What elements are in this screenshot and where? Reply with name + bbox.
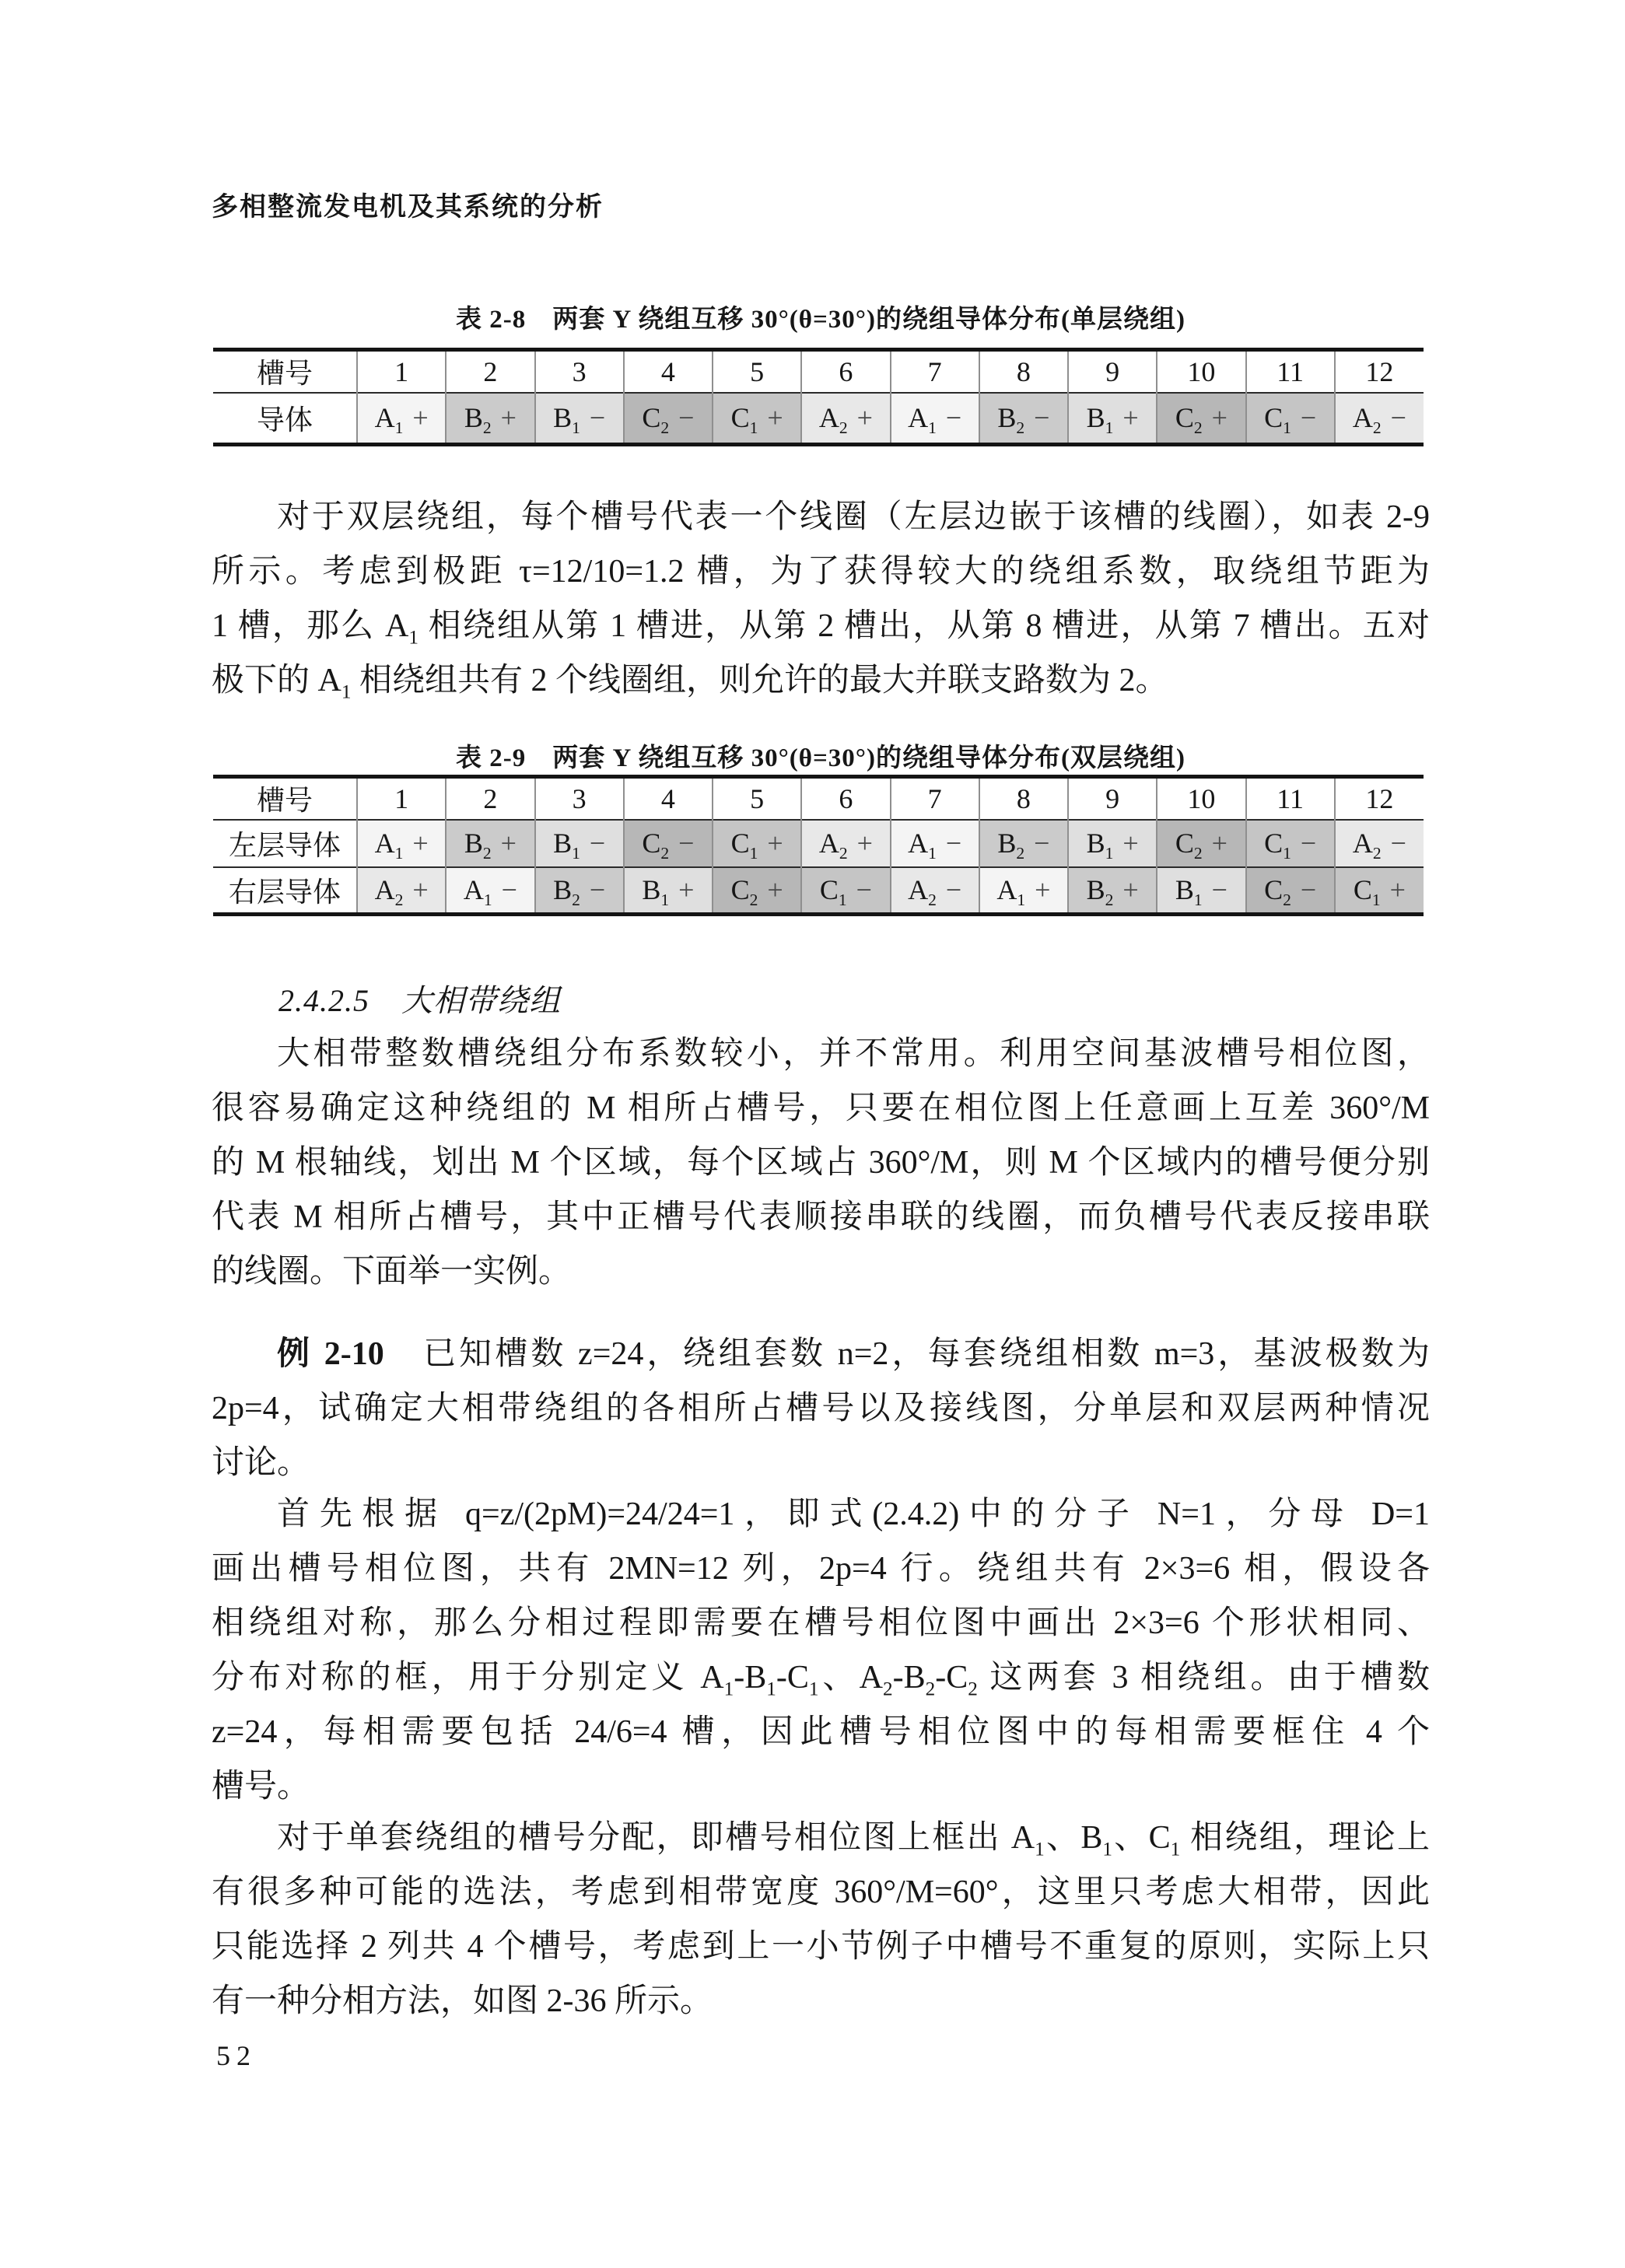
- text-line: 对于双层绕组，每个槽号代表一个线圈（左层边嵌于该槽的线圈），如表 2-9: [212, 490, 1430, 544]
- slot-number-cell: 2: [446, 777, 534, 820]
- conductor-cell: C1+: [713, 393, 801, 445]
- subscript: 1: [1102, 1839, 1112, 1860]
- slot-number-cell: 3: [535, 350, 624, 393]
- slot-number-cell: 1: [357, 777, 446, 820]
- row-label: 槽号: [213, 350, 357, 393]
- text-line: 所示。考虑到极距 τ=12/10=1.2 槽，为了获得较大的绕组系数，取绕组节距…: [212, 544, 1430, 599]
- row-label: 槽号: [213, 777, 357, 820]
- conductor-cell: C1−: [1246, 393, 1335, 445]
- conductor-cell: A2−: [1335, 393, 1424, 445]
- conductor-cell: C2+: [713, 867, 801, 915]
- conductor-cell: C1+: [1335, 867, 1424, 915]
- text-line: 对于单套绕组的槽号分配，即槽号相位图上框出 A1、B1、C1 相绕组，理论上: [212, 1811, 1430, 1865]
- text-line: 有很多种可能的选法，考虑到相带宽度 360°/M=60°，这里只考虑大相带，因此: [212, 1865, 1430, 1920]
- conductor-cell: B2−: [979, 393, 1068, 445]
- subscript: 1: [809, 1678, 819, 1699]
- slot-number-cell: 7: [891, 777, 979, 820]
- conductor-cell: C1−: [801, 867, 890, 915]
- slot-number-cell: 6: [801, 777, 890, 820]
- text-line: 很容易确定这种绕组的 M 相所占槽号，只要在相位图上任意画上互差 360°/M: [212, 1081, 1430, 1136]
- conductor-cell: B2+: [446, 393, 534, 445]
- conductor-row: 左层导体A1+B2+B1−C2−C1+A2+A1−B2−B1+C2+C1−A2−: [213, 820, 1424, 867]
- slot-number-cell: 12: [1335, 350, 1424, 393]
- subscript: 1: [724, 1678, 734, 1699]
- page-number: 52: [216, 2039, 257, 2072]
- slot-number-cell: 12: [1335, 777, 1424, 820]
- subscript: 2: [968, 1678, 978, 1699]
- text-line: 代表 M 相所占槽号，其中正槽号代表顺接串联的线圈，而负槽号代表反接串联: [212, 1190, 1430, 1244]
- text-line: 只能选择 2 列共 4 个槽号，考虑到上一小节例子中槽号不重复的原则，实际上只: [212, 1920, 1430, 1974]
- text-line: 首先根据 q=z/(2pM)=24/24=1，即式(2.4.2)中的分子 N=1…: [212, 1487, 1430, 1542]
- slot-number-cell: 5: [713, 777, 801, 820]
- slot-number-cell: 9: [1068, 350, 1157, 393]
- row-label: 右层导体: [213, 867, 357, 915]
- table-2-8-caption: 表 2-8 两套 Y 绕组互移 30°(θ=30°)的绕组导体分布(单层绕组): [212, 299, 1430, 335]
- conductor-cell: A2+: [801, 393, 890, 445]
- text-line: 讨论。: [212, 1436, 1430, 1490]
- conductor-cell: C1+: [713, 820, 801, 867]
- text-line: 画出槽号相位图，共有 2MN=12 列，2p=4 行。绕组共有 2×3=6 相，…: [212, 1542, 1430, 1596]
- subscript: 1: [1035, 1839, 1045, 1860]
- slot-number-cell: 10: [1157, 350, 1245, 393]
- conductor-cell: B1−: [535, 393, 624, 445]
- text-line: 有一种分相方法，如图 2-36 所示。: [212, 1974, 1430, 2028]
- slot-number-cell: 1: [357, 350, 446, 393]
- conductor-cell: B2+: [446, 820, 534, 867]
- slot-number-cell: 7: [891, 350, 979, 393]
- slot-number-cell: 2: [446, 350, 534, 393]
- slot-number-cell: 8: [979, 777, 1068, 820]
- conductor-cell: C2−: [624, 393, 713, 445]
- slot-number-cell: 6: [801, 350, 890, 393]
- slot-number-cell: 5: [713, 350, 801, 393]
- slot-number-cell: 10: [1157, 777, 1245, 820]
- text-line: 槽号。: [212, 1759, 1430, 1814]
- conductor-cell: A1−: [446, 867, 534, 915]
- subscript: 1: [1171, 1839, 1181, 1860]
- conductor-cell: A1+: [357, 393, 446, 445]
- conductor-cell: B1+: [624, 867, 713, 915]
- text-line: z=24，每相需要包括 24/6=4 槽，因此槽号相位图中的每相需要框住 4 个: [212, 1705, 1430, 1759]
- paragraph: 例 2-10 已知槽数 z=24，绕组套数 n=2，每套绕组相数 m=3，基波极…: [212, 1327, 1430, 1490]
- text-line: 例 2-10 已知槽数 z=24，绕组套数 n=2，每套绕组相数 m=3，基波极…: [212, 1327, 1430, 1381]
- slot-number-cell: 8: [979, 350, 1068, 393]
- example-label: 例 2-10: [277, 1336, 384, 1372]
- conductor-cell: A2−: [1335, 820, 1424, 867]
- book-page: 多相整流发电机及其系统的分析 表 2-8 两套 Y 绕组互移 30°(θ=30°…: [0, 0, 1625, 2268]
- conductor-cell: A1−: [891, 820, 979, 867]
- subscript: 2: [926, 1678, 936, 1699]
- text-line: 分布对称的框，用于分别定义 A1-B1-C1、A2-B2-C2 这两套 3 相绕…: [212, 1650, 1430, 1705]
- conductor-cell: B2−: [979, 820, 1068, 867]
- table-2-9: 槽号123456789101112左层导体A1+B2+B1−C2−C1+A2+A…: [213, 775, 1424, 916]
- text-line: 大相带整数槽绕组分布系数较小，并不常用。利用空间基波槽号相位图，: [212, 1027, 1430, 1081]
- conductor-cell: B2−: [535, 867, 624, 915]
- conductor-cell: C2+: [1157, 393, 1245, 445]
- slot-number-cell: 11: [1246, 777, 1335, 820]
- text-line: 极下的 A1 相绕组共有 2 个线圈组，则允许的最大并联支路数为 2。: [212, 653, 1430, 708]
- slot-number-cell: 9: [1068, 777, 1157, 820]
- conductor-cell: A2−: [891, 867, 979, 915]
- paragraph: 大相带整数槽绕组分布系数较小，并不常用。利用空间基波槽号相位图，很容易确定这种绕…: [212, 1027, 1430, 1299]
- conductor-cell: A2+: [357, 867, 446, 915]
- conductor-cell: A1+: [979, 867, 1068, 915]
- row-label: 导体: [213, 393, 357, 445]
- conductor-cell: B1+: [1068, 820, 1157, 867]
- section-heading: 2.4.2.5 大相带绕组: [212, 974, 1430, 1028]
- conductor-cell: C2−: [624, 820, 713, 867]
- subscript: 1: [341, 681, 352, 702]
- conductor-cell: C2+: [1157, 820, 1245, 867]
- winding-table-single-layer: 槽号123456789101112导体A1+B2+B1−C2−C1+A2+A1−…: [213, 348, 1424, 446]
- running-header: 多相整流发电机及其系统的分析: [212, 185, 604, 223]
- conductor-row: 右层导体A2+A1−B2−B1+C2+C1−A2−A1+B2+B1−C2−C1+: [213, 867, 1424, 915]
- conductor-cell: B1+: [1068, 393, 1157, 445]
- text-line: 的 M 根轴线，划出 M 个区域，每个区域占 360°/M，则 M 个区域内的槽…: [212, 1136, 1430, 1190]
- subscript: 1: [766, 1678, 776, 1699]
- text-line: 2p=4，试确定大相带绕组的各相所占槽号以及接线图，分单层和双层两种情况: [212, 1381, 1430, 1436]
- table-2-9-caption: 表 2-9 两套 Y 绕组互移 30°(θ=30°)的绕组导体分布(双层绕组): [212, 737, 1430, 774]
- table-2-8: 槽号123456789101112导体A1+B2+B1−C2−C1+A2+A1−…: [213, 348, 1424, 446]
- row-label: 左层导体: [213, 820, 357, 867]
- text-line: 的线圈。下面举一实例。: [212, 1244, 1430, 1299]
- slot-number-cell: 3: [535, 777, 624, 820]
- subscript: 2: [883, 1678, 893, 1699]
- slot-number-cell: 4: [624, 777, 713, 820]
- subscript: 1: [408, 627, 419, 648]
- text-line: 相绕组对称，那么分相过程即需要在槽号相位图中画出 2×3=6 个形状相同、: [212, 1596, 1430, 1650]
- text-line: 1 槽，那么 A1 相绕组从第 1 槽进，从第 2 槽出，从第 8 槽进，从第 …: [212, 599, 1430, 653]
- slot-number-cell: 4: [624, 350, 713, 393]
- conductor-cell: C2−: [1246, 867, 1335, 915]
- conductor-cell: B1−: [535, 820, 624, 867]
- paragraph: 对于单套绕组的槽号分配，即槽号相位图上框出 A1、B1、C1 相绕组，理论上有很…: [212, 1811, 1430, 2028]
- conductor-cell: A2+: [801, 820, 890, 867]
- conductor-cell: A1−: [891, 393, 979, 445]
- conductor-cell: B2+: [1068, 867, 1157, 915]
- conductor-row: 导体A1+B2+B1−C2−C1+A2+A1−B2−B1+C2+C1−A2−: [213, 393, 1424, 445]
- winding-table-double-layer: 槽号123456789101112左层导体A1+B2+B1−C2−C1+A2+A…: [213, 775, 1424, 916]
- slot-number-row: 槽号123456789101112: [213, 350, 1424, 393]
- conductor-cell: A1+: [357, 820, 446, 867]
- slot-number-cell: 11: [1246, 350, 1335, 393]
- slot-number-row: 槽号123456789101112: [213, 777, 1424, 820]
- conductor-cell: B1−: [1157, 867, 1245, 915]
- paragraph: 首先根据 q=z/(2pM)=24/24=1，即式(2.4.2)中的分子 N=1…: [212, 1487, 1430, 1814]
- paragraph: 对于双层绕组，每个槽号代表一个线圈（左层边嵌于该槽的线圈），如表 2-9所示。考…: [212, 490, 1430, 708]
- conductor-cell: C1−: [1246, 820, 1335, 867]
